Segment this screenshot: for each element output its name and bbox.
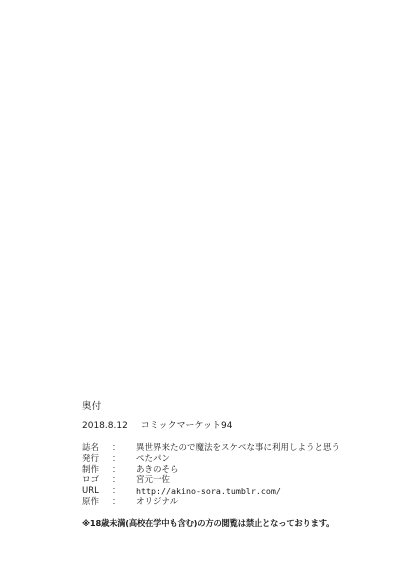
info-row-original: 原作 ： オリジナル	[82, 497, 340, 508]
row-separator: ：	[110, 454, 136, 465]
event-date: 2018.8.12	[82, 421, 128, 431]
colophon-heading: 奥付	[82, 401, 382, 413]
logo-designer: 宮元一佐	[136, 475, 340, 486]
row-label: 発行	[82, 454, 110, 465]
row-label: 原作	[82, 497, 110, 508]
info-row-author: 制作 ： あきのそら	[82, 465, 340, 476]
age-warning: ※18歳未満(高校在学中も含む)の方の閲覧は禁止となっております。	[82, 517, 382, 529]
event-line: 2018.8.12 コミックマーケット94	[82, 420, 382, 432]
event-name: コミックマーケット94	[141, 421, 233, 431]
info-row-logo: ロゴ ： 宮元一佐	[82, 475, 340, 486]
website-url: http://akino-sora.tumblr.com/	[136, 486, 340, 497]
row-separator: ：	[110, 497, 136, 508]
row-label: 誌名	[82, 443, 110, 454]
publisher: ぺたパン	[136, 454, 340, 465]
info-row-url: URL ： http://akino-sora.tumblr.com/	[82, 486, 340, 497]
row-label: ロゴ	[82, 475, 110, 486]
info-row-publisher: 発行 ： ぺたパン	[82, 454, 340, 465]
row-label: 制作	[82, 465, 110, 476]
author: あきのそら	[136, 465, 340, 476]
row-separator: ：	[110, 475, 136, 486]
colophon-page: 奥付 2018.8.12 コミックマーケット94 誌名 ： 異世界来たので魔法を…	[0, 0, 400, 565]
row-separator: ：	[110, 465, 136, 476]
book-title: 異世界来たので魔法をスケベな事に利用しようと思う	[136, 443, 340, 454]
row-label: URL	[82, 486, 110, 497]
row-separator: ：	[110, 486, 136, 497]
colophon-block: 奥付 2018.8.12 コミックマーケット94 誌名 ： 異世界来たので魔法を…	[82, 401, 382, 529]
row-separator: ：	[110, 443, 136, 454]
info-table: 誌名 ： 異世界来たので魔法をスケベな事に利用しようと思う 発行 ： ぺたパン …	[82, 443, 340, 508]
original-work: オリジナル	[136, 497, 340, 508]
info-row-title: 誌名 ： 異世界来たので魔法をスケベな事に利用しようと思う	[82, 443, 340, 454]
